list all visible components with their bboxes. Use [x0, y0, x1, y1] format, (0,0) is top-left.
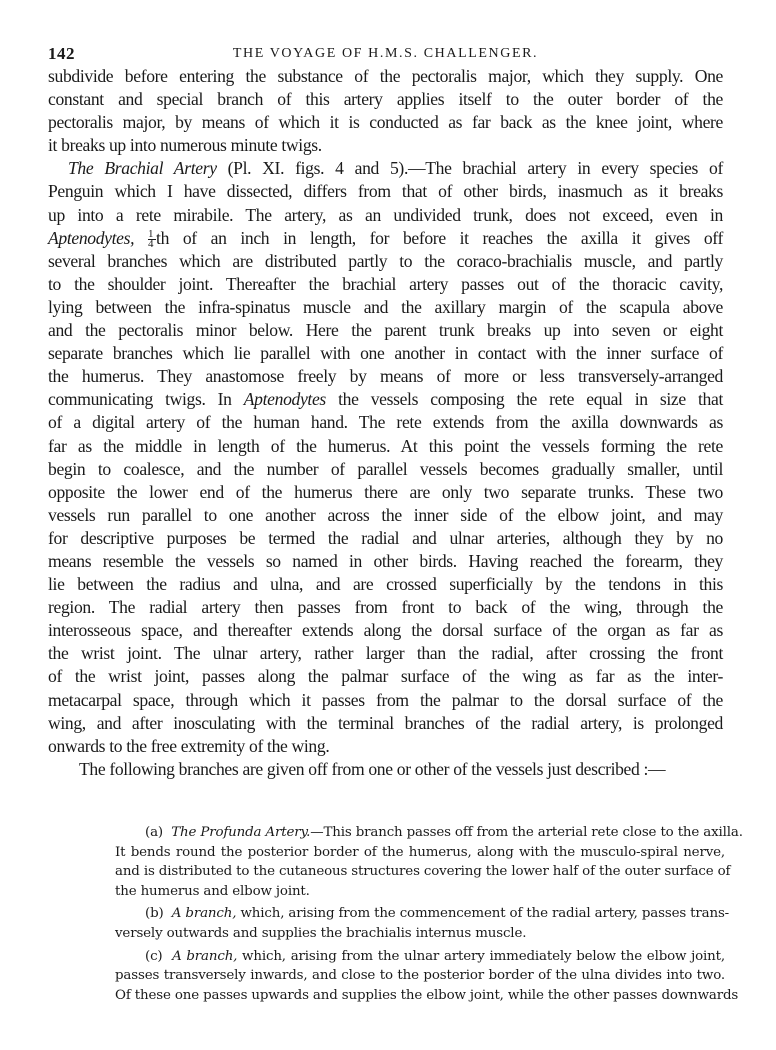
- text-line: wing, and after inosculating with the te…: [48, 712, 723, 735]
- branch-descriptions: (a) The Profunda Artery.—This branch pas…: [115, 823, 725, 1005]
- genus-name: Aptenodytes,: [48, 228, 134, 248]
- text-line: the humerus and elbow joint.: [115, 882, 725, 902]
- text-line: for descriptive purposes be termed the r…: [48, 527, 723, 550]
- paragraph-continuation: subdivide before entering the substance …: [48, 65, 723, 157]
- text-line: it breaks up into numerous minute twigs.: [48, 134, 723, 157]
- text-line: subdivide before entering the substance …: [48, 65, 723, 88]
- paragraph-following-branches: The following branches are given off fro…: [48, 758, 723, 781]
- text-line: lie between the radius and ulna, and are…: [48, 573, 723, 596]
- text-line: pectoralis major, by means of which it i…: [48, 111, 723, 134]
- text-line: vessels run parallel to one another acro…: [48, 504, 723, 527]
- item-title: The Profunda Artery.: [171, 825, 310, 840]
- text-line: onwards to the free extremity of the win…: [48, 735, 723, 758]
- branch-item-c: (c) A branch, which, arising from the ul…: [115, 947, 725, 1006]
- text-run: th of an inch in length, for before it r…: [156, 228, 723, 248]
- text-line: constant and special branch of this arte…: [48, 88, 723, 111]
- text-line: (b) A branch, which, arising from the co…: [115, 904, 725, 924]
- text-line: The Brachial Artery (Pl. XI. figs. 4 and…: [48, 157, 723, 180]
- text-line: of the wrist joint, passes along the pal…: [48, 665, 723, 688]
- text-line: Aptenodytes, 14th of an inch in length, …: [48, 227, 723, 250]
- main-body-text: subdivide before entering the substance …: [48, 65, 723, 781]
- text-line: versely outwards and supplies the brachi…: [115, 924, 725, 944]
- text-line: several branches which are distributed p…: [48, 250, 723, 273]
- running-title: THE VOYAGE OF H.M.S. CHALLENGER.: [48, 46, 723, 62]
- text-line: The following branches are given off fro…: [48, 758, 723, 781]
- branch-item-b: (b) A branch, which, arising from the co…: [115, 904, 725, 943]
- fraction: 14: [148, 230, 156, 249]
- text-line: separate branches which lie parallel wit…: [48, 342, 723, 365]
- document-page: 142 THE VOYAGE OF H.M.S. CHALLENGER. sub…: [0, 0, 776, 1050]
- text-line: Of these one passes upwards and supplies…: [115, 986, 725, 1006]
- text-line: (c) A branch, which, arising from the ul…: [115, 947, 725, 967]
- text-line: up into a rete mirabile. The artery, as …: [48, 204, 723, 227]
- text-run: (Pl. XI. figs. 4 and 5).—The brachial ar…: [217, 158, 723, 178]
- text-line: means resemble the vessels so named in o…: [48, 550, 723, 573]
- genus-name: Aptenodytes: [244, 389, 326, 409]
- text-line: (a) The Profunda Artery.—This branch pas…: [115, 823, 725, 843]
- branch-item-a: (a) The Profunda Artery.—This branch pas…: [115, 823, 725, 901]
- text-line: and the pectoralis minor below. Here the…: [48, 319, 723, 342]
- text-line: opposite the lower end of the humerus th…: [48, 481, 723, 504]
- text-line: passes transversely inwards, and close t…: [115, 966, 725, 986]
- text-line: to the shoulder joint. Thereafter the br…: [48, 273, 723, 296]
- section-heading-brachial-artery: The Brachial Artery: [68, 158, 217, 178]
- text-line: Penguin which I have dissected, differs …: [48, 180, 723, 203]
- text-line: of a digital artery of the human hand. T…: [48, 411, 723, 434]
- text-line: interosseous space, and thereafter exten…: [48, 619, 723, 642]
- text-line: communicating twigs. In Aptenodytes the …: [48, 388, 723, 411]
- item-label: (b): [145, 906, 164, 921]
- text-line: the humerus. They anastomose freely by m…: [48, 365, 723, 388]
- text-line: and is distributed to the cutaneous stru…: [115, 862, 725, 882]
- text-line: far as the middle in length of the humer…: [48, 435, 723, 458]
- text-line: It bends round the posterior border of t…: [115, 843, 725, 863]
- item-title: A branch,: [172, 906, 237, 921]
- text-line: the wrist joint. The ulnar artery, rathe…: [48, 642, 723, 665]
- text-line: lying between the infra-spinatus muscle …: [48, 296, 723, 319]
- paragraph-brachial-artery: The Brachial Artery (Pl. XI. figs. 4 and…: [48, 157, 723, 757]
- text-line: region. The radial artery then passes fr…: [48, 596, 723, 619]
- item-title: A branch,: [172, 949, 237, 964]
- item-label: (a): [145, 825, 163, 840]
- item-label: (c): [145, 949, 163, 964]
- text-line: metacarpal space, through which it passe…: [48, 689, 723, 712]
- text-line: begin to coalesce, and the number of par…: [48, 458, 723, 481]
